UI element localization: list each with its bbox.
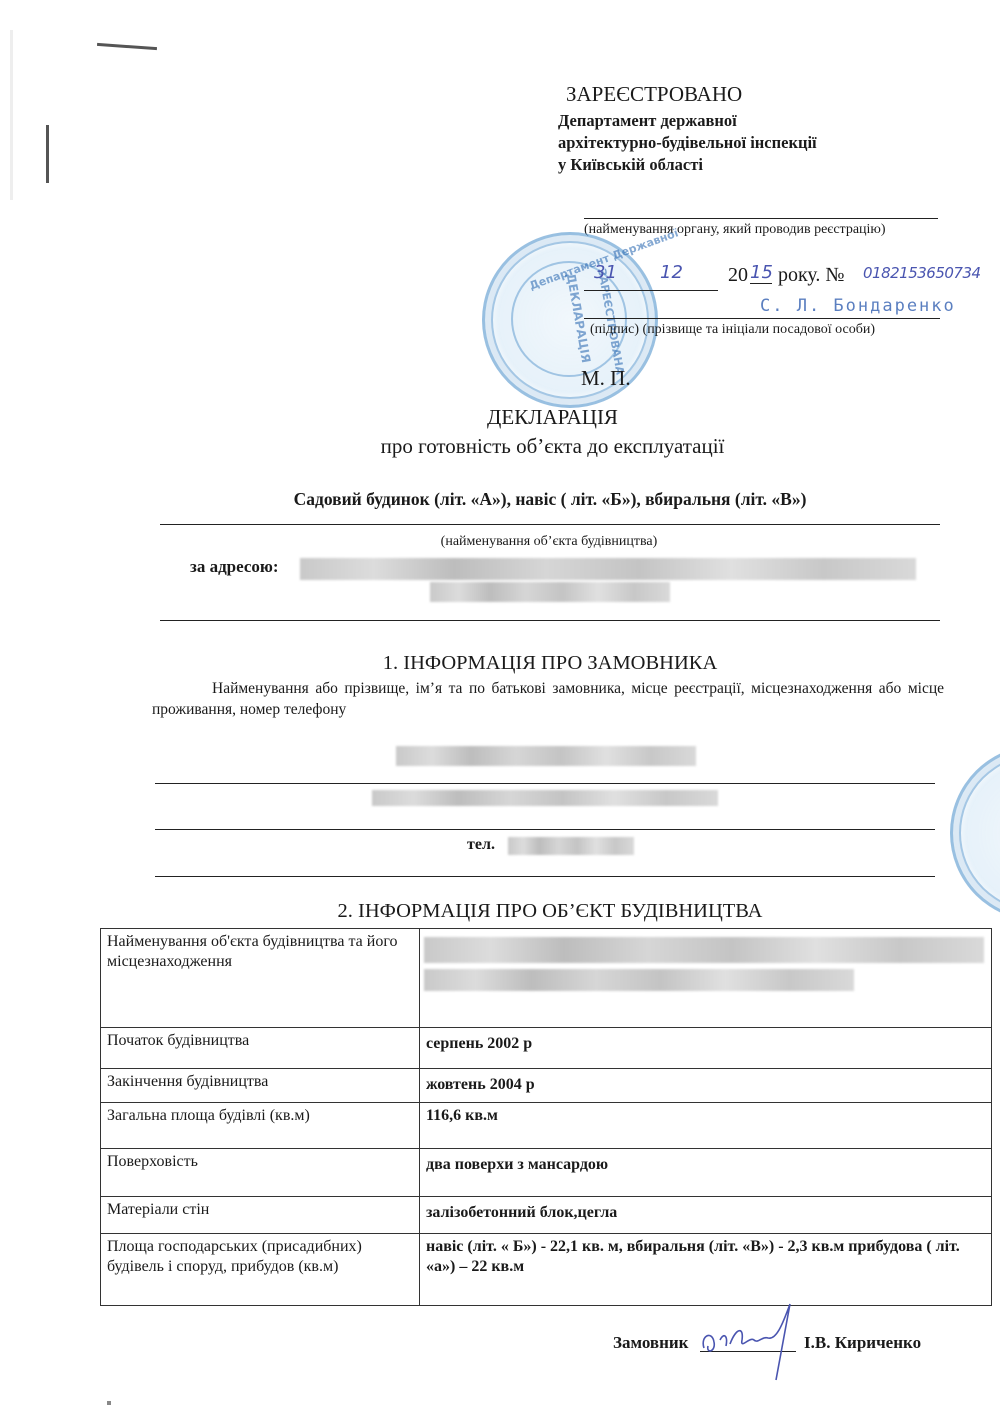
table-row: Загальна площа будівлі (кв.м) 116,6 кв.м — [101, 1103, 992, 1149]
declaration-subtitle: про готовність об’єкта до експлуатації — [0, 434, 1000, 459]
customer-name-redacted — [396, 746, 696, 766]
scan-mark-left — [46, 125, 49, 183]
year-prefix: 20 — [728, 264, 748, 287]
object-location-redacted — [424, 937, 984, 963]
customer-line-1 — [155, 783, 935, 784]
object-caption: (найменування об’єкта будівництва) — [0, 534, 1000, 550]
table-row: Матеріали стін залізобетонний блок,цегла — [101, 1197, 992, 1234]
year-suffix: 15 — [750, 262, 772, 284]
address-label: за адресою: — [190, 557, 279, 577]
table-row: Площа господарських (присадибних) будіве… — [101, 1234, 992, 1306]
scan-edge — [10, 30, 13, 200]
section-1-heading: 1. ІНФОРМАЦІЯ ПРО ЗАМОВНИКА — [0, 652, 1000, 675]
row-label: Закінчення будівництва — [101, 1069, 420, 1103]
customer-line-3 — [155, 876, 935, 877]
row-value: жовтень 2004 р — [420, 1069, 992, 1103]
registration-number: 0182153650734 — [863, 264, 981, 282]
authority-name-line — [584, 218, 938, 219]
row-label: Загальна площа будівлі (кв.м) — [101, 1103, 420, 1149]
row-value: 116,6 кв.м — [420, 1103, 992, 1149]
registration-title: ЗАРЕЄСТРОВАНО — [566, 82, 742, 107]
table-row: Найменування об'єкта будівництва та його… — [101, 929, 992, 1028]
table-row: Закінчення будівництва жовтень 2004 р — [101, 1069, 992, 1103]
object-name: Садовий будинок (літ. «А»), навіс ( літ.… — [0, 489, 1000, 510]
row-value: два поверхи з мансардою — [420, 1149, 992, 1197]
phone-redacted — [508, 837, 634, 855]
registration-month: 12 — [660, 262, 683, 283]
row-value: серпень 2002 р — [420, 1028, 992, 1069]
row-value-redacted — [420, 929, 992, 1028]
scan-dot — [107, 1401, 111, 1405]
date-line — [584, 290, 718, 291]
scan-mark-top — [97, 43, 157, 50]
declaration-title: ДЕКЛАРАЦІЯ — [0, 405, 1000, 430]
object-info-table: Найменування об'єкта будівництва та його… — [100, 928, 992, 1306]
row-label: Площа господарських (присадибних) будіве… — [101, 1234, 420, 1306]
year-word: року. № — [778, 264, 845, 287]
customer-address-redacted — [372, 790, 718, 806]
row-label: Поверховість — [101, 1149, 420, 1197]
signature-line — [584, 318, 940, 319]
authority-line-2: архітектурно-будівельної інспекції — [558, 133, 817, 153]
object-name-line — [160, 524, 940, 525]
customer-signature-label: Замовник — [613, 1333, 688, 1353]
customer-name: І.В. Кириченко — [804, 1333, 921, 1353]
table-row: Початок будівництва серпень 2002 р — [101, 1028, 992, 1069]
address-redacted — [300, 558, 916, 580]
seal-placeholder: М. П. — [581, 366, 631, 391]
handwritten-signature-icon — [698, 1296, 808, 1386]
row-value: навіс (літ. « Б») - 22,1 кв. м, вбиральн… — [420, 1234, 992, 1306]
section-1-description: Найменування або прізвище, ім’я та по ба… — [152, 678, 944, 720]
address-line — [160, 620, 940, 621]
row-label: Початок будівництва — [101, 1028, 420, 1069]
phone-label: тел. — [467, 836, 495, 854]
authority-line-1: Департамент державної — [558, 111, 737, 131]
customer-line-2 — [155, 829, 935, 830]
official-name-stamp: С. Л. Бондаренко — [760, 296, 956, 316]
authority-caption: (найменування органу, який проводив реєс… — [584, 222, 886, 238]
table-row: Поверховість два поверхи з мансардою — [101, 1149, 992, 1197]
row-value: залізобетонний блок,цегла — [420, 1197, 992, 1234]
official-seal: Департамент Державної ДЕКЛАРАЦІЯ ЗАРЕЄСТ… — [482, 232, 658, 408]
row-label: Матеріали стін — [101, 1197, 420, 1234]
authority-line-3: у Київській області — [558, 155, 703, 175]
signature-caption: (підпис) (прізвище та ініціали посадової… — [590, 322, 875, 338]
partial-seal-right — [950, 745, 1000, 921]
row-label: Найменування об'єкта будівництва та його… — [101, 929, 420, 1028]
registration-day: 31 — [594, 262, 617, 283]
object-location-redacted-2 — [424, 969, 854, 991]
section-2-heading: 2. ІНФОРМАЦІЯ ПРО ОБ’ЄКТ БУДІВНИЦТВА — [0, 900, 1000, 923]
address-redacted-line-2 — [430, 582, 670, 602]
